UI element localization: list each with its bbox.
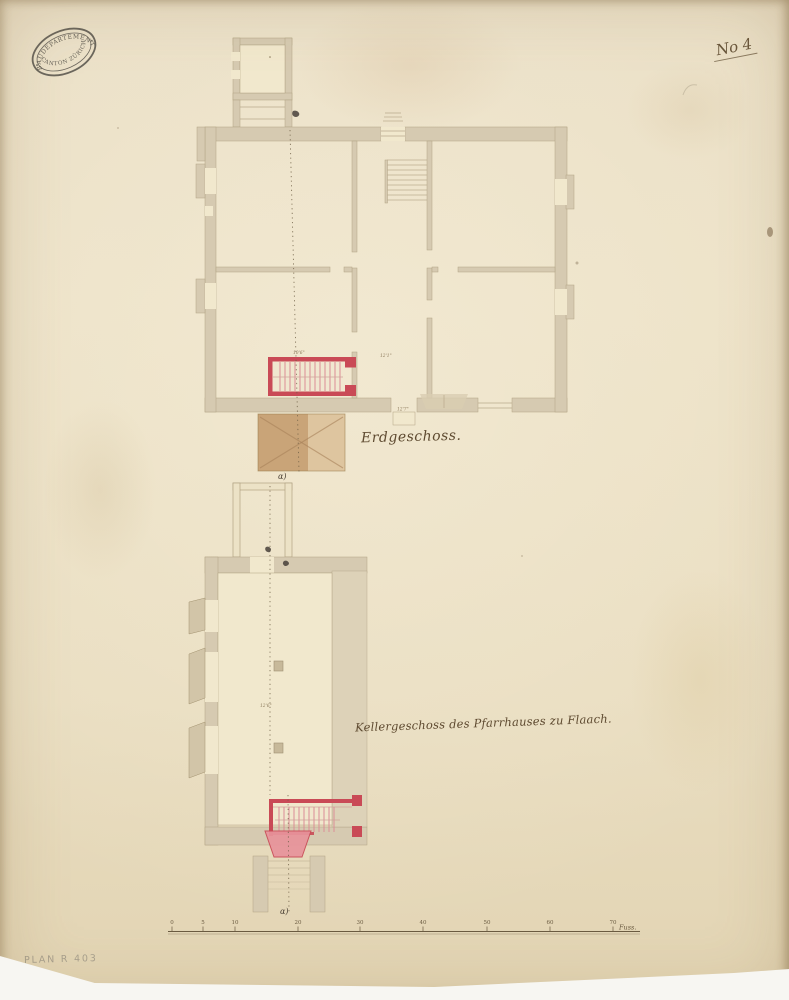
archive-pencil-note: PLAN R 403 [24, 953, 98, 966]
red-staircase-upper: 10'6" 12'1" [268, 351, 392, 396]
annex-lower [233, 483, 292, 557]
annex-upper [231, 38, 292, 127]
scanned-plan-sheet: BAUDEPARTEMENT CANTON ZÜRICH [0, 0, 789, 1000]
kellergeschoss-plan: 12'6" [189, 483, 367, 916]
scale-tick-label: 0 [170, 920, 174, 926]
cellar-room [218, 573, 332, 825]
scale-tick-label: 10 [232, 920, 239, 926]
main-entrance-upper [381, 113, 405, 141]
scale-tick-label: 70 [610, 920, 617, 926]
scale-tick-label: 5 [201, 920, 205, 926]
scale-tick-label: 50 [484, 920, 491, 926]
window-recesses-left-lower [189, 598, 218, 778]
scale-tick-label: 60 [547, 920, 554, 926]
caption-erdgeschoss: Erdgeschoss. [361, 428, 462, 447]
ink-mark [292, 111, 299, 117]
scale-tick-label: 20 [295, 920, 302, 926]
span-dimension-text: 12'6" [260, 704, 272, 709]
scale-unit-label: Fuss. [618, 924, 636, 932]
scale-tick-label: 40 [420, 920, 427, 926]
hall-dimension-text: 12'1" [380, 354, 392, 359]
exterior-stair-ramp-upper [258, 414, 345, 471]
section-mark-upper: α) [278, 472, 287, 481]
stair-dimension-text: 10'6" [293, 351, 305, 356]
hall-staircase-upper [385, 160, 427, 203]
baudepartement-stamp: BAUDEPARTEMENT CANTON ZÜRICH [25, 19, 102, 84]
erdgeschoss-plan: 12'7" [196, 38, 574, 481]
section-mark-lower: α) [280, 907, 289, 916]
scale-bar: 0 5 10 20 30 40 50 60 70 Fuss. [168, 920, 640, 934]
plan-drawing: BAUDEPARTEMENT CANTON ZÜRICH [0, 0, 789, 1000]
ink-mark [265, 547, 271, 553]
scale-tick-label: 30 [357, 920, 364, 926]
door-dimension-text: 12'7" [397, 408, 409, 413]
paper-sheet: BAUDEPARTEMENT CANTON ZÜRICH [0, 0, 789, 1000]
cellar-entrance-steps [265, 831, 311, 857]
